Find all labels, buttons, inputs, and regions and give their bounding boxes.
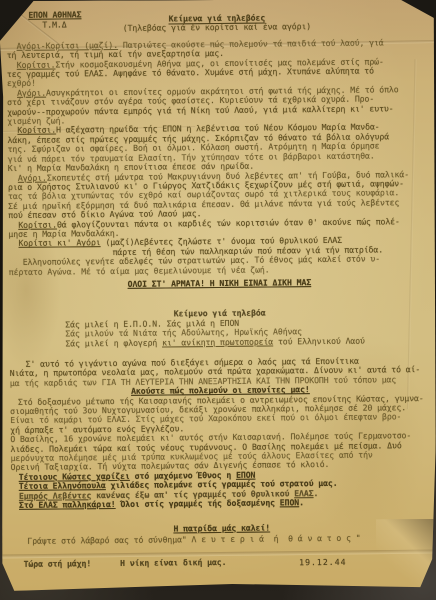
doc-line-text: Πατριώτες ακούστε πώς πολεμούν τά παιδιά… xyxy=(118,37,384,50)
doc-line: Γράψτε στό λάβαρό σας τό σύνθημα" Λ ε υ … xyxy=(27,533,432,546)
doc-line-underlined-text: ΕΛΑΣ xyxy=(294,488,313,498)
doc-line-underlined-text: ΟΛΟΙ ΣΤ' ΑΡΜΑΤΑ! Η ΝΙΚΗ ΕΙΝΑΙ ΔΙΚΗ ΜΑΣ xyxy=(128,277,312,289)
doc-line: πέρτατο Αγώνα. Μέ τό αίμα μας θεμελιώνου… xyxy=(9,264,430,277)
doc-line-underlined-text: Αγόρι. xyxy=(18,172,47,182)
doc-line-text: χισμένη ζωή. xyxy=(7,116,65,127)
document-body: Αγόρι-Κορίτσι (μαζί). Πατριώτες ακούστε … xyxy=(7,38,433,570)
doc-line-text: πέρτατο Αγώνα. Μέ τό αίμα μας θεμελιώνου… xyxy=(9,264,270,277)
doc-line-text: μησε η Μαρία Μανδαλάκη. xyxy=(8,228,119,239)
doc-line-underlined-text: Εμπρός Λεβέντες xyxy=(19,490,92,501)
doc-line-underlined-text: κι' ανίκητη πρωτοπορεία xyxy=(162,336,273,347)
doc-line-text: . xyxy=(313,488,318,498)
doc-line-underlined-text: Αγόρι-Κορίτσι (μαζί). xyxy=(17,40,119,51)
doc-line-text: Γράψτε στό λάβαρό σας τό σύνθημα" Λ ε υ … xyxy=(27,533,360,546)
org-subunit: Τ.Μ.Δ xyxy=(42,19,81,29)
typewritten-content: ΕΠΟΝ ΑΘΗΝΑΣ Τ.Μ.Δ Κείμενα γιά τηλεβόες (… xyxy=(6,2,433,592)
org-name: ΕΠΟΝ ΑΘΗΝΑΣ xyxy=(28,9,81,20)
doc-line-text: Η νίκη είναι δική μας. xyxy=(91,557,226,568)
doc-line-text: Τώρα στή μάχη! xyxy=(24,559,92,570)
doc-line-underlined-text: Η πατρίδα μάς καλεί! xyxy=(173,522,270,533)
doc-line-text: . xyxy=(299,497,304,507)
doc-line-underlined-text: Κορίτσι. xyxy=(17,59,56,69)
doc-line-text: κανένας έξω απ' τίς γραμμές τού θρυλικού xyxy=(91,488,294,500)
doc-line-underlined-text: ΕΠΟΝ xyxy=(280,497,299,507)
doc-line-text: Σάς μιλεί η φλογερή xyxy=(65,337,162,348)
doc-line-text: τού Ελληνικού Λαού xyxy=(273,335,365,346)
paper-sheet: ΕΠΟΝ ΑΘΗΝΑΣ Τ.Μ.Δ Κείμενα γιά τηλεβόες (… xyxy=(0,0,436,591)
doc-line: ΟΛΟΙ ΣΤ' ΑΡΜΑΤΑ! Η ΝΙΚΗ ΕΙΝΑΙ ΔΙΚΗ ΜΑΣ xyxy=(9,277,430,290)
doc-line: Σάς μιλεί η φλογερή κι' ανίκητη πρωτοπορ… xyxy=(65,336,430,349)
doc-line: Τώρα στή μάχη! Η νίκη είναι δική μας. xyxy=(24,556,433,569)
document-date: 19.12.44 xyxy=(299,557,347,567)
org-header: ΕΠΟΝ ΑΘΗΝΑΣ Τ.Μ.Δ xyxy=(28,9,81,30)
